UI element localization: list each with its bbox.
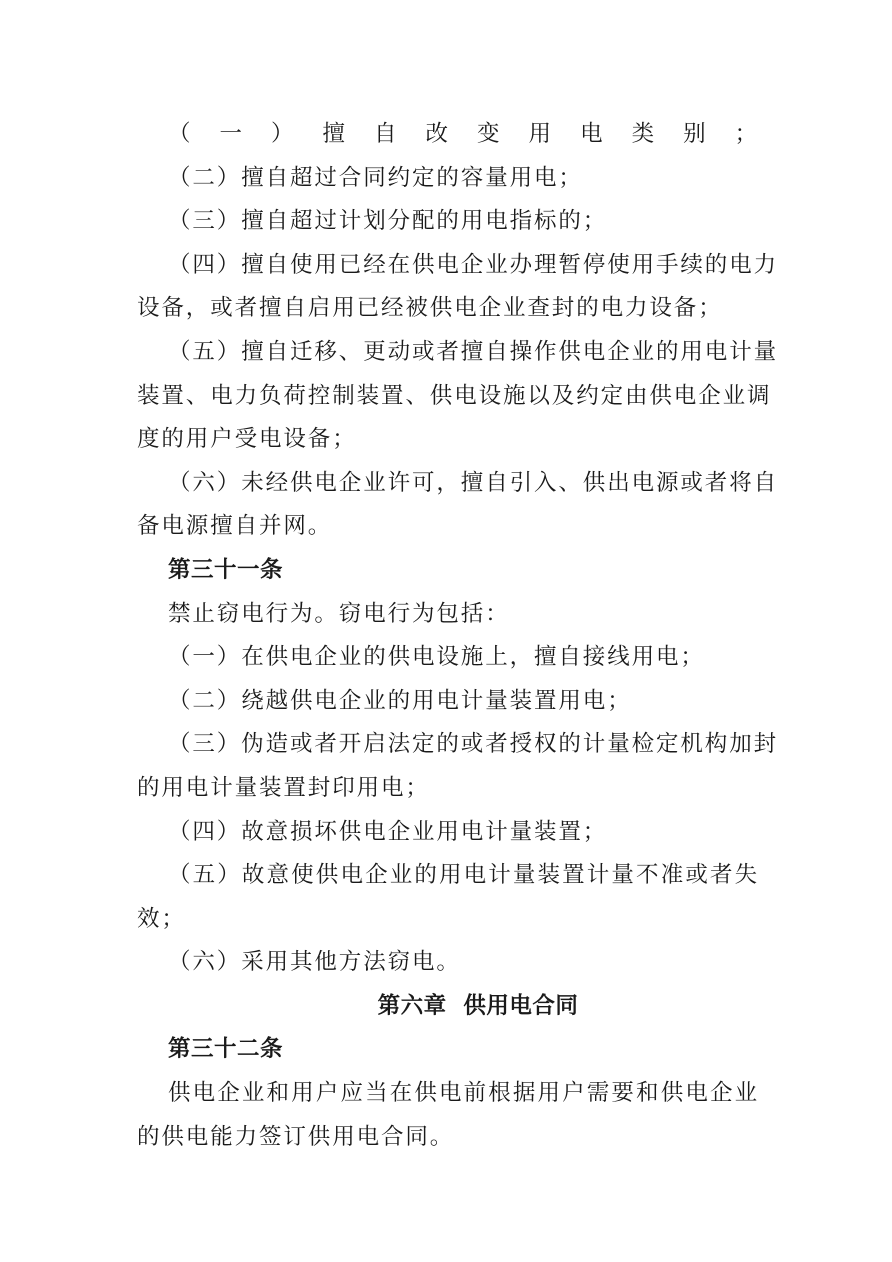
article-30-item-5-line-2: 装置、电力负荷控制装置、供电设施以及约定由供电企业调 bbox=[137, 375, 759, 419]
article-30-item-5-line-1: （五）擅自迁移、更动或者擅自操作供电企业的用电计量 bbox=[137, 331, 759, 375]
article-30-item-4-line-2: 设备，或者擅自启用已经被供电企业查封的电力设备； bbox=[137, 287, 759, 331]
article-30-item-6-line-1: （六）未经供电企业许可，擅自引入、供出电源或者将自 bbox=[137, 462, 759, 506]
article-31-item-5-line-1: （五）故意使供电企业的用电计量装置计量不准或者失 bbox=[137, 854, 759, 898]
article-31-item-2: （二）绕越供电企业的用电计量装置用电； bbox=[137, 680, 759, 724]
article-32-line-2: 的供电能力签订供用电合同。 bbox=[137, 1116, 759, 1160]
chapter-6-heading: 第六章 供用电合同 bbox=[137, 985, 759, 1029]
article-30-item-6-line-2: 备电源擅自并网。 bbox=[137, 505, 759, 549]
article-31-item-4: （四）故意损坏供电企业用电计量装置； bbox=[137, 811, 759, 855]
article-31-item-5-line-2: 效； bbox=[137, 898, 759, 942]
article-30-item-5-line-3: 度的用户受电设备； bbox=[137, 418, 759, 462]
article-30-item-4-line-1: （四）擅自使用已经在供电企业办理暂停使用手续的电力 bbox=[137, 244, 759, 288]
document-page: （一）擅自改变用电类别； （二）擅自超过合同约定的容量用电； （三）擅自超过计划… bbox=[137, 113, 759, 1159]
article-31-item-6: （六）采用其他方法窃电。 bbox=[137, 941, 759, 985]
article-30-item-1: （一）擅自改变用电类别； bbox=[137, 113, 759, 157]
article-31-title: 第三十一条 bbox=[137, 549, 759, 593]
article-31-item-3-line-2: 的用电计量装置封印用电； bbox=[137, 767, 759, 811]
article-32-title: 第三十二条 bbox=[137, 1028, 759, 1072]
article-30-item-2: （二）擅自超过合同约定的容量用电； bbox=[137, 157, 759, 201]
article-32-line-1: 供电企业和用户应当在供电前根据用户需要和供电企业 bbox=[137, 1072, 759, 1116]
article-30-item-3: （三）擅自超过计划分配的用电指标的； bbox=[137, 200, 759, 244]
article-31-item-1: （一）在供电企业的供电设施上，擅自接线用电； bbox=[137, 636, 759, 680]
article-31-intro: 禁止窃电行为。窃电行为包括： bbox=[137, 593, 759, 637]
article-31-item-3-line-1: （三）伪造或者开启法定的或者授权的计量检定机构加封 bbox=[137, 723, 759, 767]
